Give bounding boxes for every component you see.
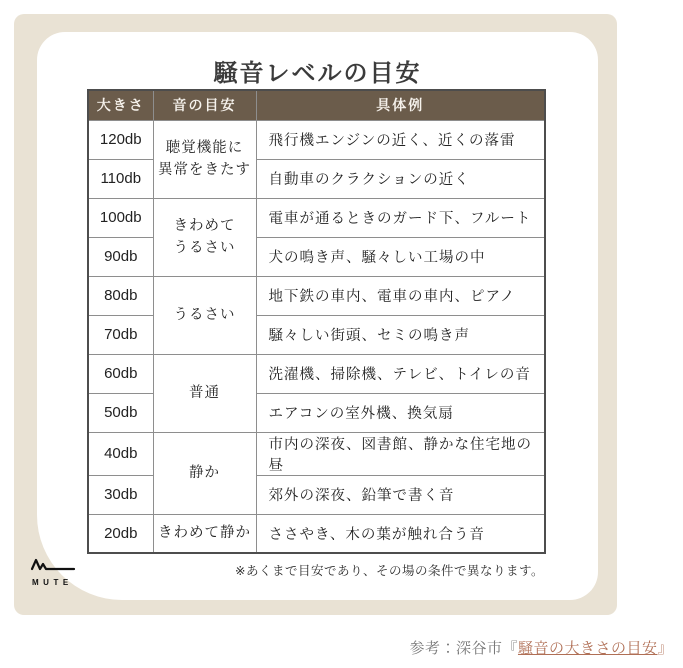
guide-cell: 普通 — [153, 354, 256, 432]
level-cell: 50db — [88, 393, 153, 432]
level-cell: 80db — [88, 276, 153, 315]
table-row: 120db 聴覚機能に 異常をきたす 飛行機エンジンの近く、近くの落雷 — [88, 120, 545, 159]
example-cell: 自動車のクラクションの近く — [256, 159, 545, 198]
footer-reference-suffix: 』 — [657, 640, 673, 657]
guide-cell: 静か — [153, 432, 256, 514]
level-cell: 100db — [88, 198, 153, 237]
example-cell: ささやき、木の葉が触れ合う音 — [256, 514, 545, 553]
guide-cell: 聴覚機能に 異常をきたす — [153, 120, 256, 198]
level-cell: 90db — [88, 237, 153, 276]
example-cell: 地下鉄の車内、電車の車内、ピアノ — [256, 276, 545, 315]
col-header-examples: 具体例 — [256, 90, 545, 120]
guide-cell: きわめて静か — [153, 514, 256, 553]
level-cell: 40db — [88, 432, 153, 475]
table-header-row: 大きさ 音の目安 具体例 — [88, 90, 545, 120]
level-cell: 110db — [88, 159, 153, 198]
logo-text: MUTE — [30, 578, 78, 587]
footer-reference: 参考：深谷市『騒音の大きさの目安』 — [409, 637, 673, 658]
page-title: 騒音レベルの目安 — [37, 53, 598, 88]
table-row: 20db きわめて静か ささやき、木の葉が触れ合う音 — [88, 514, 545, 553]
table-row: 100db きわめて うるさい 電車が通るときのガード下、フルート — [88, 198, 545, 237]
example-cell: 市内の深夜、図書館、静かな住宅地の昼 — [256, 432, 545, 475]
noise-level-table: 大きさ 音の目安 具体例 120db 聴覚機能に 異常をきたす 飛行機エンジンの… — [87, 89, 546, 554]
example-cell: 犬の鳴き声、騒々しい工場の中 — [256, 237, 545, 276]
guide-cell: きわめて うるさい — [153, 198, 256, 276]
example-cell: 洗濯機、掃除機、テレビ、トイレの音 — [256, 354, 545, 393]
level-cell: 70db — [88, 315, 153, 354]
level-cell: 20db — [88, 514, 153, 553]
level-cell: 30db — [88, 475, 153, 514]
example-cell: 電車が通るときのガード下、フルート — [256, 198, 545, 237]
example-cell: 騒々しい街頭、セミの鳴き声 — [256, 315, 545, 354]
example-cell: 飛行機エンジンの近く、近くの落雷 — [256, 120, 545, 159]
table-row: 80db うるさい 地下鉄の車内、電車の車内、ピアノ — [88, 276, 545, 315]
table-row: 60db 普通 洗濯機、掃除機、テレビ、トイレの音 — [88, 354, 545, 393]
footer-source-link[interactable]: 騒音の大きさの目安 — [518, 640, 658, 657]
guide-cell: うるさい — [153, 276, 256, 354]
content-card: 騒音レベルの目安 大きさ 音の目安 具体例 120db 聴覚機能に 異常をき — [37, 32, 598, 600]
footer-reference-prefix: 参考：深谷市『 — [409, 640, 518, 657]
col-header-guide: 音の目安 — [153, 90, 256, 120]
level-cell: 120db — [88, 120, 153, 159]
disclaimer-note: ※あくまで目安であり、その場の条件で異なります。 — [87, 561, 544, 579]
table-row: 40db 静か 市内の深夜、図書館、静かな住宅地の昼 — [88, 432, 545, 475]
col-header-loudness: 大きさ — [88, 90, 153, 120]
example-cell: 郊外の深夜、鉛筆で書く音 — [256, 475, 545, 514]
table-area: 大きさ 音の目安 具体例 120db 聴覚機能に 異常をきたす 飛行機エンジンの… — [87, 89, 544, 579]
level-cell: 60db — [88, 354, 153, 393]
soundwave-icon — [30, 559, 76, 576]
page: 騒音レベルの目安 大きさ 音の目安 具体例 120db 聴覚機能に 異常をき — [0, 0, 683, 668]
mute-logo: MUTE — [30, 556, 78, 587]
example-cell: エアコンの室外機、換気扇 — [256, 393, 545, 432]
